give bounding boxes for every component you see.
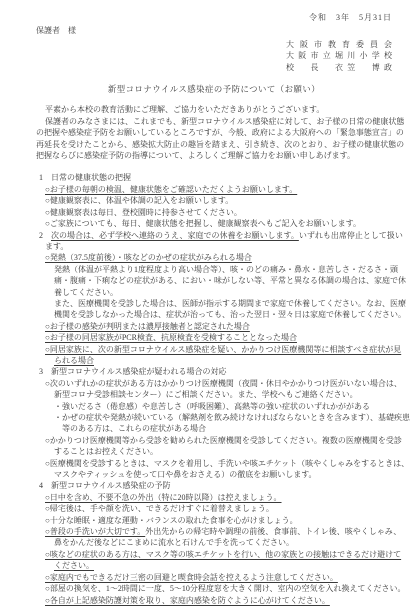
text-line: ○ご家族についても、毎日、健康状態を把握し、健康観察表へもご記入をお願いします。 (36, 218, 392, 229)
text-line: ○かかりつけ医療機関等から受診を勧められた医療機関を受診してください。複数の医療… (36, 435, 392, 446)
text-segment: 平素から本校の教育活動にご理解、ご協力をいただきありがとうございます。 (45, 105, 324, 114)
text-line: マスクやティッシュを使って口や鼻をおさえる）の徹底をお願いします。 (36, 469, 392, 480)
sender-block: 大阪市教育委員会 大阪市立堀川小学校 校 長 衣笠 博政 (36, 39, 392, 73)
text-segment: 4 新型コロナウイルス感染症の予防 (39, 481, 171, 490)
document-page: 令和 3年 5月31日 保護者 様 大阪市教育委員会 大阪市立堀川小学校 校 長… (0, 0, 420, 606)
underlined-text: ○発熱（37.5度前後）・咳などのかぜの症状がみられる場合 (45, 253, 252, 262)
text-line: また、医療機関を受診した場合は、医師が指示する期間まで家庭で休養してください。な… (36, 298, 392, 309)
text-line: 等のある方は、これらの症状がある場合 (36, 423, 392, 434)
text-line: ○同居家族に、次の新型コロナウイルス感染症を疑い、かかりつけ医療機関等に相談すべ… (36, 344, 392, 355)
text-segment: 把握ならびに感染症予防の指導について、よろしくご理解ご協力をお願い申しあげます。 (36, 151, 355, 160)
text-line: 把握ならびに感染症予防の指導について、よろしくご理解ご協力をお願い申しあげます。 (36, 150, 392, 161)
text-segment: ○健康観察表に、体温や体調の記入をお願いします。 (45, 196, 233, 205)
text-line: ○日中を含め、不要不急の外出（特に20時以降）は控えましょう。 (36, 492, 392, 503)
underlined-text: られる場合 (54, 356, 94, 365)
text-line: ○次のいずれかの症状がある方はかかりつけ医療機関（夜間・休日やかかりつけ医がいな… (36, 378, 392, 389)
underlined-text: ください。 (54, 561, 94, 570)
text-line: ・強いだるさ（倦怠感）や息苦しさ（呼吸困難）、高熱等の強い症状のいずれかががある (36, 401, 392, 412)
text-line: ○健康観察表は毎日、登校園時に持参させてください。 (36, 207, 392, 218)
text-segment: 保護者のみなさまには、これまでも、新型コロナウイルス感染症に対して、お子様の日常… (45, 117, 404, 126)
text-line: ○お子様の感染が判明または濃厚接触者と認定された場合 (36, 321, 392, 332)
text-segment: 機関を受診しなかった場合は、症状が治っても、治った翌日・翌々日は家庭で休養してく… (54, 310, 406, 319)
text-segment: いずれも出席停止として扱い (299, 231, 403, 240)
text-line: ○十分な睡眠・適度な運動・バランスの取れた食事を心がけましょう。 (36, 515, 392, 526)
text-segment: ・かぜの症状や発熱が続いている（解熱剤を飲み続けなければならないときを含みます）… (54, 413, 410, 422)
text-line: の把握や感染症予防をお願いしているところですが、今般、政府による大阪府への「緊急… (36, 127, 392, 138)
underlined-text: ○同居家族に、次の新型コロナウイルス感染症を疑い、かかりつけ医療機関等に相談すべ… (45, 345, 401, 354)
text-line: することはお控えください。 (36, 446, 392, 457)
text-segment: 外出先からの帰宅時や調理の前後、食事前、トイレ後、咳やくしゃみ、 (145, 527, 401, 536)
text-segment: 2 (39, 231, 51, 240)
sender-organization: 大阪市教育委員会 (286, 39, 392, 50)
text-segment: することはお控えください。 (54, 447, 158, 456)
underlined-text: ○お子様の同居家族がPCR検査、抗原検査を受検することとなった場合 (45, 333, 297, 342)
underlined-text: 次の場合は、必ず学校へ連絡のうえ、家庭での休養をお願いします。 (51, 231, 299, 240)
text-segment: 新型コロナ受診相談センター）にご相談ください。また、学校へもご連絡ください。 (54, 390, 358, 399)
text-line: ○帰宅後は、手や顔を洗い、できるだけすぐに着替えましょう。 (36, 503, 392, 514)
text-segment: また、医療機関を受診した場合は、医師が指示する期間まで家庭で休養してください。な… (54, 299, 406, 308)
text-segment: ○次のいずれかの症状がある方はかかりつけ医療機関（夜間・休日やかかりつけ医がいな… (45, 379, 402, 388)
text-line: 養してください。 (36, 287, 392, 298)
text-line: 1 日常の健康状態の把握 (36, 172, 392, 183)
text-line: 鼻をかんだ後などにこまめに流水と石けんで手を洗ってください。 (36, 537, 392, 548)
text-segment: ○帰宅後は、手や顔を洗い、できるだけすぐに着替えましょう。 (45, 504, 274, 513)
underlined-text: ○咳などの症状のある方は、マスク等の咳エチケットを行い、他の家族との接触はできる… (45, 550, 401, 559)
text-segment: 1 日常の健康状態の把握 (39, 173, 131, 182)
underlined-text: ○家庭内でもできるだけ三密の回避と喫食時会話を控えるよう注意してください。 (45, 573, 338, 582)
text-line: ○各自が上記感染防護対策を取り、家庭内感染を防ぐように心がけてください。 (36, 595, 392, 606)
text-segment: 鼻をかんだ後などにこまめに流水と石けんで手を洗ってください。 (54, 538, 294, 547)
text-line: ○咳などの症状のある方は、マスク等の咳エチケットを行い、他の家族との接触はできる… (36, 549, 392, 560)
text-line: ○健康観察表に、体温や体調の記入をお願いします。 (36, 195, 392, 206)
text-segment: ○健康観察表は毎日、登校園時に持参させてください。 (45, 208, 242, 217)
underlined-text: ○各自が上記感染防護対策を取り、家庭内感染を防ぐように心がけてください。 (45, 596, 330, 605)
text-segment: ます。 (45, 242, 68, 251)
text-line: ○家庭内でもできるだけ三密の回避と喫食時会話を控えるよう注意してください。 (36, 572, 392, 583)
document-title: 新型コロナウイルス感染症の予防について（お願い） (36, 84, 392, 95)
underlined-text: ○お子様の感染が判明または濃厚接触者と認定された場合 (45, 322, 250, 331)
text-line: ○部屋の換気を、1～2時間に一度、5～10分程度窓を大きく開け、室内の空気を入れ… (36, 583, 392, 594)
sender-principal: 校 長 衣笠 博政 (286, 62, 392, 73)
text-segment: 発熱（体温が平熱より1度程度より高い場合等）、咳・のどの痛み・鼻水・息苦しさ・だ… (54, 265, 398, 274)
text-segment: ○医療機関を受診するときは、マスクを着用し、手洗いや咳エチケット（咳やくしゃみを… (45, 459, 409, 468)
text-line: ○発熱（37.5度前後）・咳などのかぜの症状がみられる場合 (36, 252, 392, 263)
text-line: 3 新型コロナウイルス感染症が疑われる場合の対応 (36, 366, 392, 377)
addressee: 保護者 様 (36, 25, 392, 36)
underlined-text: ○日中を含め、不要不急の外出（特に20時以降）は控えましょう。 (45, 493, 282, 502)
text-line: 4 新型コロナウイルス感染症の予防 (36, 480, 392, 491)
text-line: ます。 (36, 241, 392, 252)
text-line: 保護者のみなさまには、これまでも、新型コロナウイルス感染症に対して、お子様の日常… (36, 116, 392, 127)
text-segment: 痛・腹痛・下痢などの症状がある、におい・味がしない等、平常と異なる体調の場合は、… (54, 276, 406, 285)
text-line: ・かぜの症状や発熱が続いている（解熱剤を飲み続けなければならないときを含みます）… (36, 412, 392, 423)
text-segment: ○かかりつけ医療機関等から受診を勧められた医療機関を受診してください。複数の医療… (45, 436, 402, 445)
document-body: 平素から本校の教育活動にご理解、ご協力をいただきありがとうございます。保護者のみ… (36, 104, 392, 605)
text-segment: ・強いだるさ（倦怠感）や息苦しさ（呼吸困難）、高熱等の強い症状のいずれかががある (54, 402, 370, 411)
text-line: 発熱（体温が平熱より1度程度より高い場合等）、咳・のどの痛み・鼻水・息苦しさ・だ… (36, 264, 392, 275)
text-line: ください。 (36, 560, 392, 571)
text-segment: 再延長を受けたことから、感染拡大防止の趣旨を踏まえ、引き続き、次のとおり、お子様… (36, 140, 404, 149)
text-line: 機関を受診しなかった場合は、症状が治っても、治った翌日・翌々日は家庭で休養してく… (36, 309, 392, 320)
document-date: 令和 3年 5月31日 (36, 12, 392, 23)
text-line: られる場合 (36, 355, 392, 366)
text-line: ○医療機関を受診するときは、マスクを着用し、手洗いや咳エチケット（咳やくしゃみを… (36, 458, 392, 469)
text-line: 2 次の場合は、必ず学校へ連絡のうえ、家庭での休養をお願いします。いずれも出席停… (36, 230, 392, 241)
text-line: ○お子様の同居家族がPCR検査、抗原検査を受検することとなった場合 (36, 332, 392, 343)
text-line: 平素から本校の教育活動にご理解、ご協力をいただきありがとうございます。 (36, 104, 392, 115)
text-line: 再延長を受けたことから、感染拡大防止の趣旨を踏まえ、引き続き、次のとおり、お子様… (36, 139, 392, 150)
text-segment: マスクやティッシュを使って口や鼻をおさえる）の徹底をお願いします。 (54, 470, 317, 479)
text-line: ○お子様の毎朝の検温、健康状態をご確認いただくようお願いします。 (36, 184, 392, 195)
text-segment: ○ご家族についても、毎日、健康状態を把握し、健康観察表へもご記入をお願いします。 (45, 219, 361, 228)
text-segment: 3 新型コロナウイルス感染症が疑われる場合の対応 (39, 367, 227, 376)
text-segment: ○十分な睡眠・適度な運動・バランスの取れた食事を心がけましょう。 (45, 516, 298, 525)
text-segment: 養してください。 (54, 288, 118, 297)
text-segment: 等のある方は、これらの症状がある場合 (62, 424, 206, 433)
text-segment: の把握や感染症予防をお願いしているところですが、今般、政府による大阪府への「緊急… (36, 128, 404, 137)
sender-school: 大阪市立堀川小学校 (286, 50, 392, 61)
text-line: 痛・腹痛・下痢などの症状がある、におい・味がしない等、平常と異なる体調の場合は、… (36, 275, 392, 286)
underlined-text: ○お子様の毎朝の検温、健康状態をご確認いただくようお願いします。 (45, 185, 297, 194)
text-segment: ○部屋の換気を、1～2時間に一度、5～10分程度窓を大きく開け、室内の空気を入れ… (45, 584, 406, 593)
underlined-text: ○普段の手洗いが大切です。 (45, 527, 145, 536)
text-line: ○普段の手洗いが大切です。外出先からの帰宅時や調理の前後、食事前、トイレ後、咳や… (36, 526, 392, 537)
text-line: 新型コロナ受診相談センター）にご相談ください。また、学校へもご連絡ください。 (36, 389, 392, 400)
